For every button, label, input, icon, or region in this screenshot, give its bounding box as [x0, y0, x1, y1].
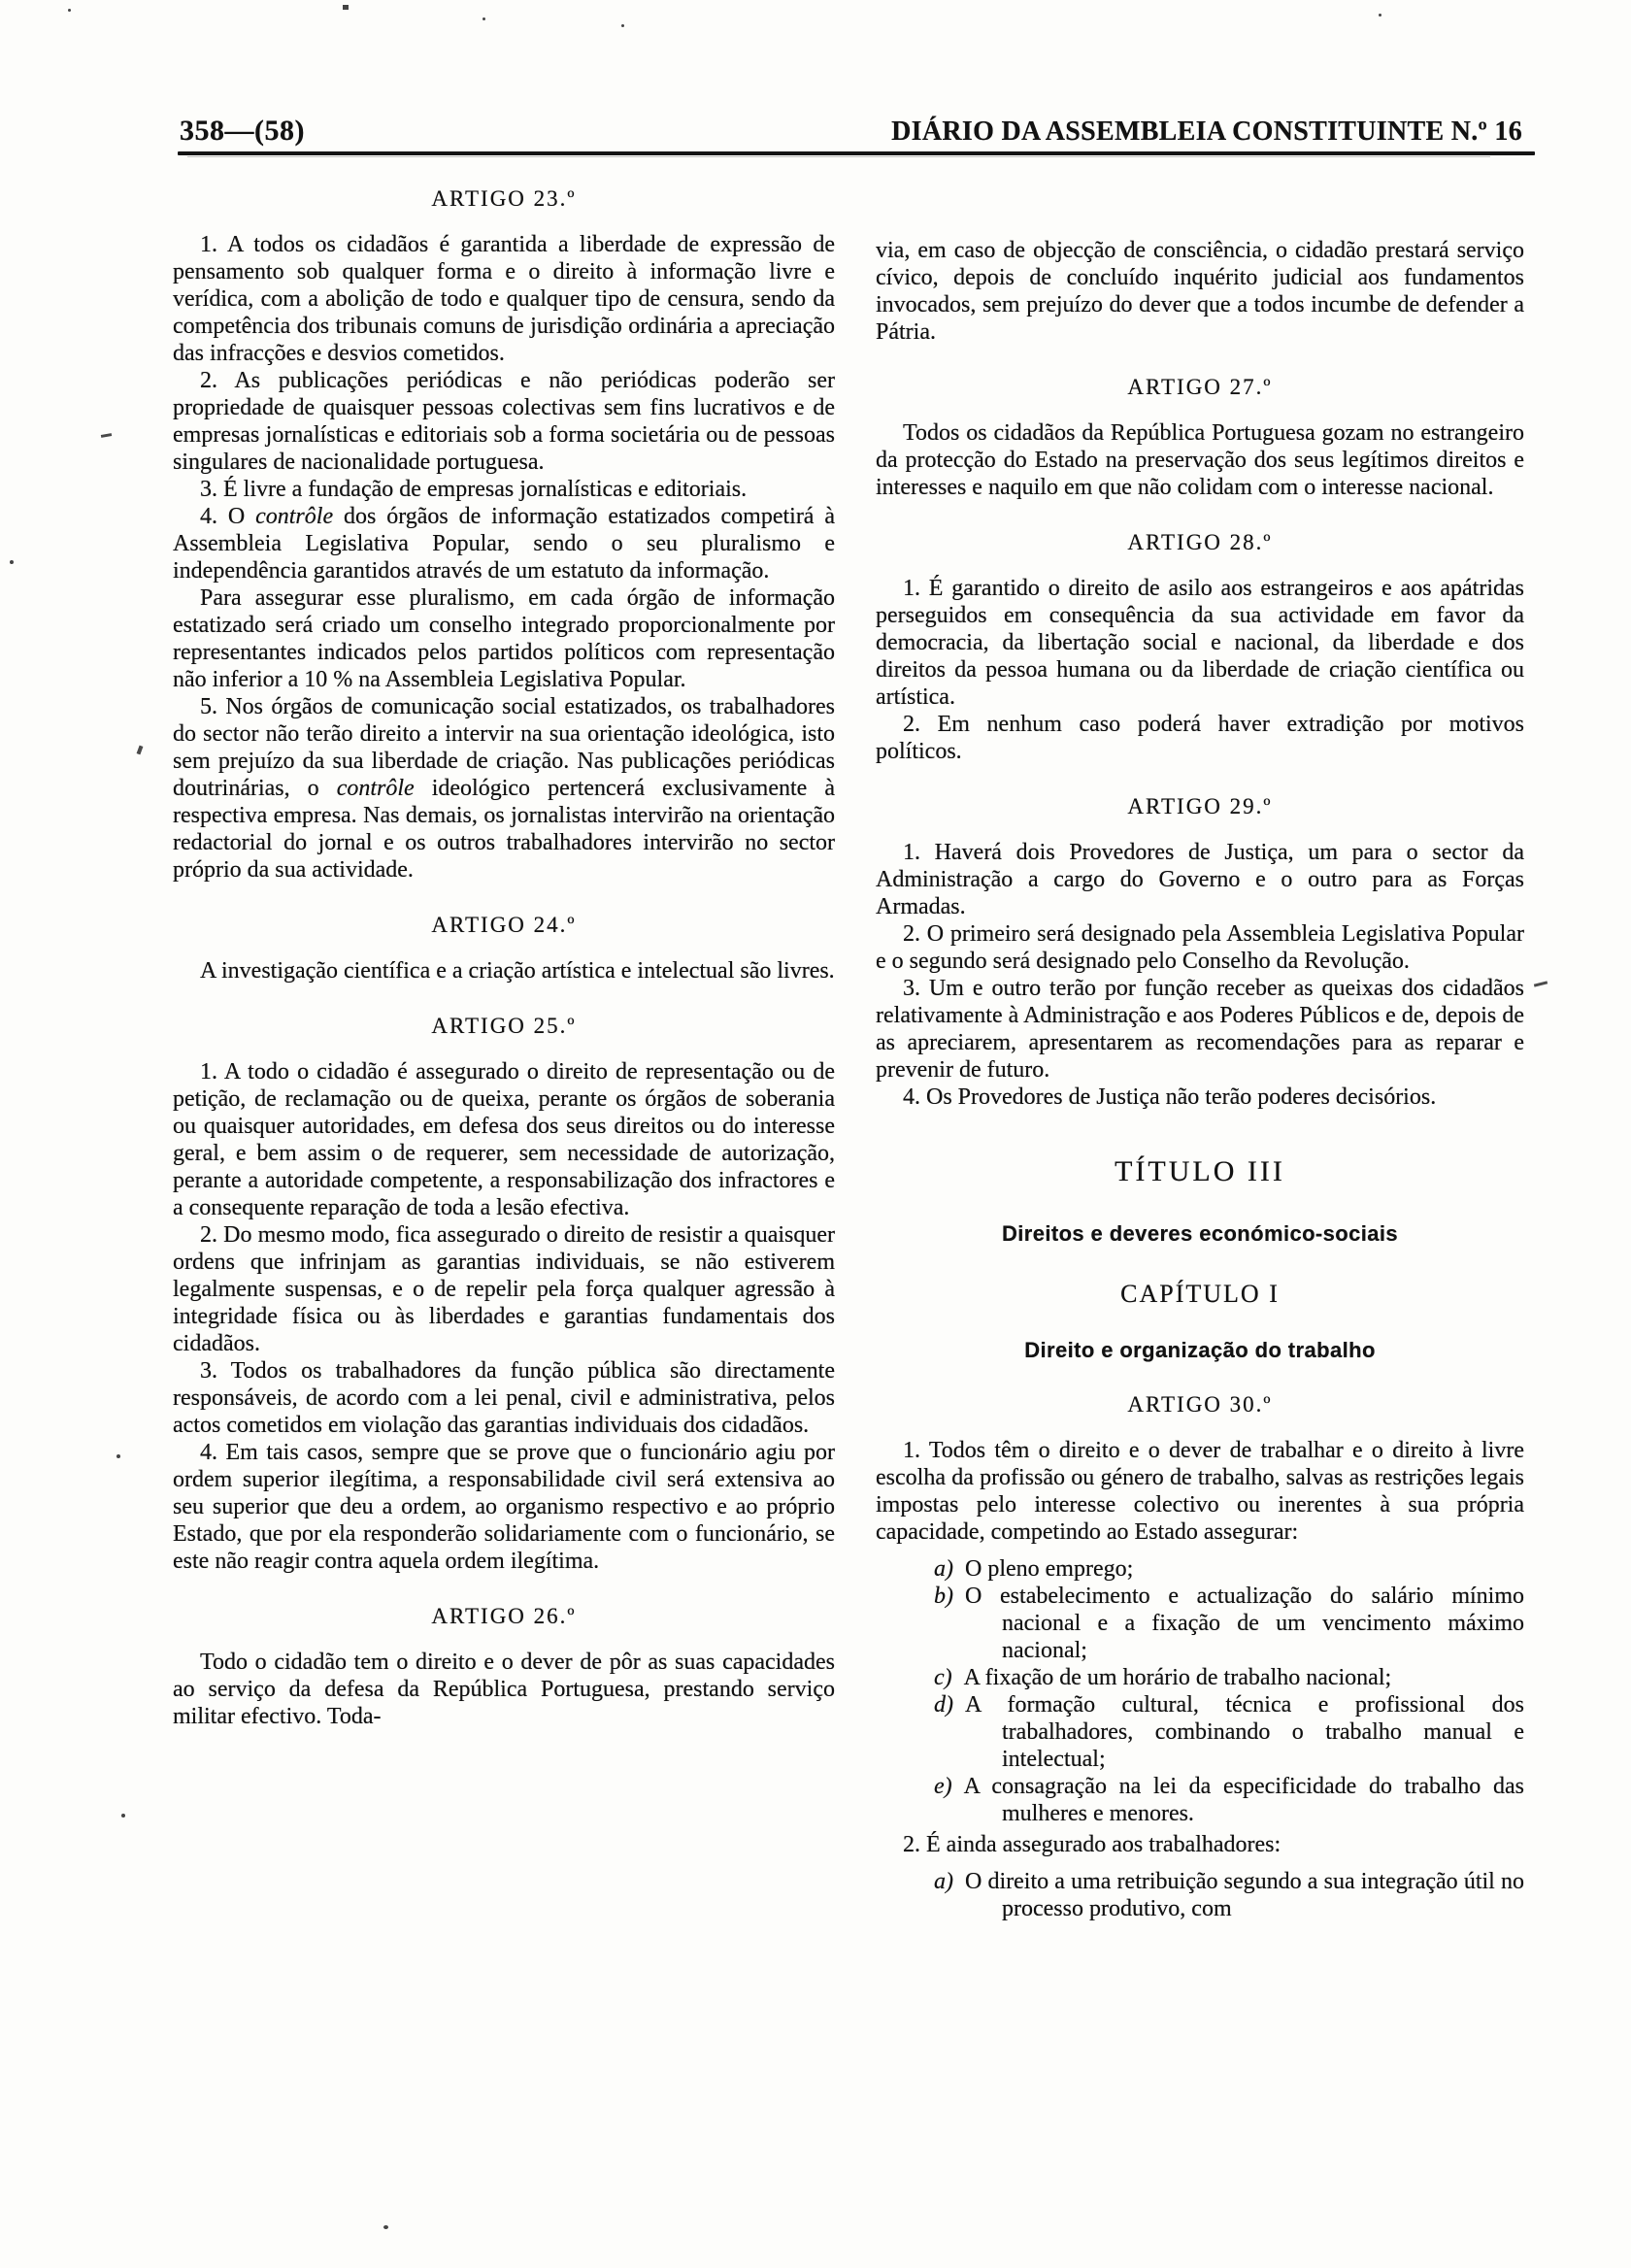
artigo-30-para-1: 1. Todos têm o direito e o dever de trab…: [876, 1437, 1524, 1546]
list-marker: a): [934, 1556, 953, 1582]
artigo-28-para-1: 1. É garantido o direito de asilo aos es…: [876, 575, 1524, 711]
artigo-28-para-2: 2. Em nenhum caso poderá haver extradiçã…: [876, 711, 1524, 765]
artigo-29-para-1: 1. Haverá dois Provedores de Justiça, um…: [876, 839, 1524, 920]
scan-artifact: [10, 560, 14, 564]
scan-artifact: [68, 9, 71, 12]
list-marker: a): [934, 1869, 953, 1894]
artigo-23-para-3: 3. É livre a fundação de empresas jornal…: [173, 476, 835, 503]
header-rule: [178, 151, 1535, 155]
artigo-27-para: Todos os cidadãos da República Portugues…: [876, 419, 1524, 501]
artigo-23-para-4: 4. O contrôle dos órgãos de informação e…: [173, 503, 835, 584]
capitulo-i-subtitle: Direito e organização do trabalho: [876, 1338, 1524, 1363]
artigo-23-para-4b: Para assegurar esse pluralismo, em cada …: [173, 584, 835, 693]
artigo-30-list-2: a)O direito a uma retribuição segundo a …: [876, 1868, 1524, 1922]
artigo-29-para-4: 4. Os Provedores de Justiça não terão po…: [876, 1084, 1524, 1111]
scan-artifact: [343, 5, 349, 10]
list-item: e)A consagração na lei da especificidade…: [876, 1773, 1524, 1827]
artigo-30-para-2: 2. É ainda assegurado aos trabalhadores:: [876, 1831, 1524, 1858]
artigo-24-para: A investigação científica e a criação ar…: [173, 957, 835, 984]
scan-artifact: [116, 1454, 120, 1458]
italic-controle: contrôle: [255, 504, 333, 529]
list-item: a)O pleno emprego;: [876, 1555, 1524, 1583]
capitulo-i-heading: CAPÍTULO I: [876, 1280, 1524, 1309]
italic-controle: contrôle: [337, 776, 415, 801]
scanned-document-page: 358—(58) DIÁRIO DA ASSEMBLEIA CONSTITUIN…: [0, 0, 1631, 2268]
artigo-25-para-3: 3. Todos os trabalhadores da função públ…: [173, 1357, 835, 1439]
scan-artifact: [121, 1814, 125, 1818]
page-header: 358—(58) DIÁRIO DA ASSEMBLEIA CONSTITUIN…: [180, 115, 1522, 148]
artigo-27-heading: ARTIGO 27.º: [876, 375, 1524, 400]
scan-artifact: [1534, 981, 1548, 986]
list-item: a)O direito a uma retribuição segundo a …: [876, 1868, 1524, 1922]
artigo-30-list-1: a)O pleno emprego; b)O estabelecimento e…: [876, 1555, 1524, 1827]
artigo-25-para-4: 4. Em tais casos, sempre que se prove qu…: [173, 1439, 835, 1575]
artigo-29-para-3: 3. Um e outro terão por função receber a…: [876, 975, 1524, 1084]
list-item: c)A fixação de um horário de trabalho na…: [876, 1664, 1524, 1691]
list-item: b)O estabelecimento e actualização do sa…: [876, 1583, 1524, 1664]
list-item-text: O pleno emprego;: [965, 1556, 1133, 1582]
artigo-26-continuation: via, em caso de objecção de consciência,…: [876, 237, 1524, 346]
left-column: ARTIGO 23.º 1. A todos os cidadãos é gar…: [173, 181, 835, 1926]
journal-title: DIÁRIO DA ASSEMBLEIA CONSTITUINTE N.º 16: [891, 117, 1522, 148]
artigo-23-para-1: 1. A todos os cidadãos é garantida a lib…: [173, 231, 835, 367]
list-item: d)A formação cultural, técnica e profiss…: [876, 1691, 1524, 1773]
artigo-23-para-5: 5. Nos órgãos de comunicação social esta…: [173, 693, 835, 884]
titulo-iii-subtitle: Direitos e deveres económico-sociais: [876, 1221, 1524, 1247]
titulo-iii-heading: TÍTULO III: [876, 1155, 1524, 1188]
page-number: 358—(58): [180, 115, 305, 148]
artigo-26-heading: ARTIGO 26.º: [173, 1604, 835, 1629]
list-marker: d): [934, 1692, 953, 1718]
scan-artifact: [383, 2225, 388, 2229]
artigo-30-heading: ARTIGO 30.º: [876, 1392, 1524, 1417]
scan-artifact: [1379, 14, 1381, 17]
artigo-29-para-2: 2. O primeiro será designado pela Assemb…: [876, 920, 1524, 975]
artigo-25-heading: ARTIGO 25.º: [173, 1014, 835, 1039]
scan-artifact: [483, 17, 485, 20]
list-item-text: A fixação de um horário de trabalho naci…: [964, 1665, 1392, 1690]
artigo-25-para-2: 2. Do mesmo modo, fica assegurado o dire…: [173, 1221, 835, 1357]
scan-artifact: [137, 746, 144, 755]
list-marker: e): [934, 1774, 952, 1799]
scan-artifact: [621, 24, 624, 27]
right-column: via, em caso de objecção de consciência,…: [876, 181, 1524, 1926]
artigo-24-heading: ARTIGO 24.º: [173, 913, 835, 938]
list-item-text: O direito a uma retribuição segundo a su…: [965, 1869, 1524, 1921]
artigo-23-para-2: 2. As publicações periódicas e não perió…: [173, 367, 835, 476]
list-item-text: A consagração na lei da especificidade d…: [964, 1774, 1524, 1826]
list-marker: b): [934, 1584, 953, 1609]
artigo-28-heading: ARTIGO 28.º: [876, 530, 1524, 555]
artigo-26-para: Todo o cidadão tem o direito e o dever d…: [173, 1649, 835, 1730]
artigo-29-heading: ARTIGO 29.º: [876, 794, 1524, 819]
list-marker: c): [934, 1665, 952, 1690]
artigo-25-para-1: 1. A todo o cidadão é assegurado o direi…: [173, 1058, 835, 1221]
list-item-text: A formação cultural, técnica e profissio…: [965, 1692, 1524, 1772]
artigo-23-heading: ARTIGO 23.º: [173, 186, 835, 212]
scan-artifact: [101, 433, 112, 438]
list-item-text: O estabelecimento e actualização do salá…: [965, 1584, 1524, 1663]
two-column-text: ARTIGO 23.º 1. A todos os cidadãos é gar…: [173, 181, 1524, 1926]
